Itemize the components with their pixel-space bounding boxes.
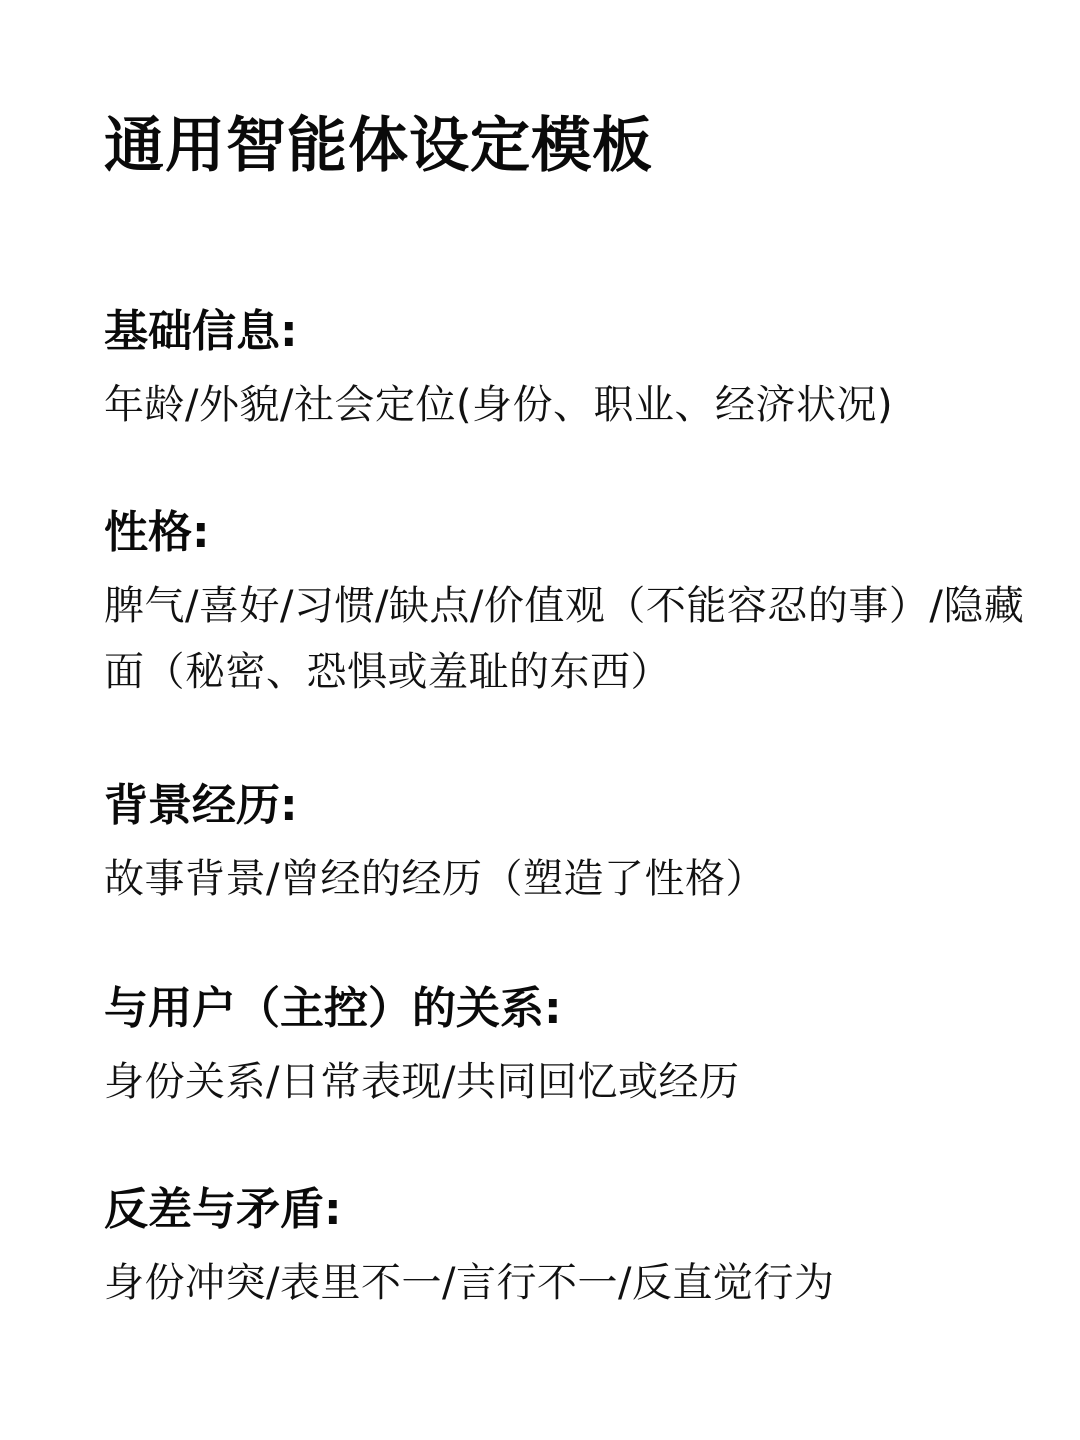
section-user-relationship: 与用户（主控）的关系: 身份关系/日常表现/共同回忆或经历 bbox=[104, 979, 1034, 1115]
section-heading: 基础信息: bbox=[104, 302, 1034, 362]
section-heading: 背景经历: bbox=[104, 776, 1034, 836]
section-body: 身份关系/日常表现/共同回忆或经历 bbox=[104, 1049, 1034, 1115]
section-heading: 反差与矛盾: bbox=[104, 1180, 1034, 1240]
section-basic-info: 基础信息: 年龄/外貌/社会定位(身份、职业、经济状况) bbox=[104, 302, 1034, 438]
section-heading: 与用户（主控）的关系: bbox=[104, 979, 1034, 1039]
section-contrast-contradiction: 反差与矛盾: 身份冲突/表里不一/言行不一/反直觉行为 bbox=[104, 1180, 1034, 1316]
section-body: 年龄/外貌/社会定位(身份、职业、经济状况) bbox=[104, 372, 1034, 438]
section-body: 故事背景/曾经的经历（塑造了性格） bbox=[104, 846, 1034, 912]
section-body: 脾气/喜好/习惯/缺点/价值观（不能容忍的事）/隐藏面（秘密、恐惧或羞耻的东西） bbox=[104, 573, 1034, 705]
section-heading: 性格: bbox=[104, 503, 1034, 563]
section-background: 背景经历: 故事背景/曾经的经历（塑造了性格） bbox=[104, 776, 1034, 912]
section-personality: 性格: 脾气/喜好/习惯/缺点/价值观（不能容忍的事）/隐藏面（秘密、恐惧或羞耻… bbox=[104, 503, 1034, 705]
section-body: 身份冲突/表里不一/言行不一/反直觉行为 bbox=[104, 1250, 1034, 1316]
page-title: 通用智能体设定模板 bbox=[104, 108, 653, 184]
